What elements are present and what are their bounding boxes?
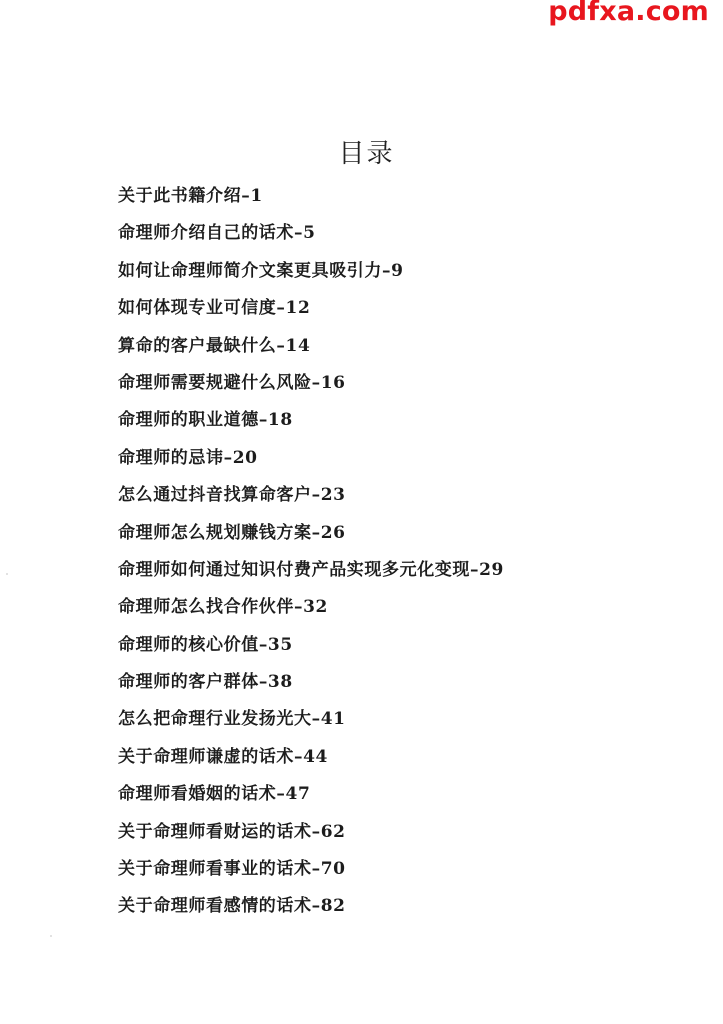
toc-entry-title: 关于命理师看感情的话术 [118,896,312,916]
toc-separator: – [259,410,268,430]
toc-entry-title: 命理师怎么找合作伙伴 [118,597,294,617]
toc-entry-title: 关于命理师看财运的话术 [118,822,312,842]
toc-entry[interactable]: 关于此书籍介绍–1 [118,178,504,215]
toc-entry[interactable]: 命理师怎么规划赚钱方案–26 [118,515,504,552]
toc-entry-page: 12 [286,298,311,318]
toc-entry[interactable]: 关于命理师看感情的话术–82 [118,888,504,925]
toc-entry-page: 1 [250,186,262,206]
toc-entry[interactable]: 命理师需要规避什么风险–16 [118,365,504,402]
toc-separator: – [312,822,321,842]
toc-entry[interactable]: 关于命理师谦虚的话术–44 [118,739,504,776]
toc-separator: – [259,672,268,692]
toc-separator: – [276,784,285,804]
toc-entry-page: 23 [321,485,346,505]
toc-entry-title: 命理师如何通过知识付费产品实现多元化变现 [118,560,470,580]
toc-entry-title: 关于命理师谦虚的话术 [118,747,294,767]
toc-entry[interactable]: 怎么把命理行业发扬光大–41 [118,701,504,738]
toc-entry[interactable]: 命理师怎么找合作伙伴–32 [118,589,504,626]
toc-separator: – [312,709,321,729]
scan-speck [6,573,8,575]
toc-entry-title: 命理师介绍自己的话术 [118,223,294,243]
toc-entry-page: 5 [303,223,315,243]
toc-separator: – [276,298,285,318]
toc-entry[interactable]: 如何让命理师简介文案更具吸引力–9 [118,253,504,290]
toc-entry-title: 如何让命理师简介文案更具吸引力 [118,261,382,281]
toc-separator: – [312,896,321,916]
toc-separator: – [294,597,303,617]
toc-entry-page: 35 [268,635,293,655]
toc-entry-title: 命理师需要规避什么风险 [118,373,312,393]
toc-entry[interactable]: 命理师看婚姻的话术–47 [118,776,504,813]
toc-entry-page: 41 [321,709,346,729]
toc-separator: – [241,186,250,206]
toc-entry[interactable]: 怎么通过抖音找算命客户–23 [118,477,504,514]
toc-entry-title: 关于命理师看事业的话术 [118,859,312,879]
toc-separator: – [312,485,321,505]
toc-separator: – [312,373,321,393]
toc-separator: – [294,223,303,243]
toc-entry[interactable]: 命理师的客户群体–38 [118,664,504,701]
toc-separator: – [224,448,233,468]
toc-entry-page: 32 [303,597,328,617]
toc-separator: – [294,747,303,767]
toc-entry[interactable]: 命理师如何通过知识付费产品实现多元化变现–29 [118,552,504,589]
toc-entry[interactable]: 算命的客户最缺什么–14 [118,328,504,365]
toc-entry-page: 44 [303,747,328,767]
toc-separator: – [276,336,285,356]
scan-speck [50,935,52,937]
toc-entry-page: 70 [321,859,346,879]
toc-separator: – [312,523,321,543]
toc-entry[interactable]: 关于命理师看事业的话术–70 [118,851,504,888]
page-title: 目录 [0,135,723,173]
toc-entry-title: 命理师怎么规划赚钱方案 [118,523,312,543]
toc-separator: – [382,261,391,281]
toc-entry-page: 82 [321,896,346,916]
toc-entry[interactable]: 如何体现专业可信度–12 [118,290,504,327]
watermark-logo: pdfxa.com [548,0,709,28]
toc-entry-page: 62 [321,822,346,842]
toc-entry-page: 9 [391,261,403,281]
toc-separator: – [312,859,321,879]
toc-entry[interactable]: 关于命理师看财运的话术–62 [118,814,504,851]
toc-entry-title: 算命的客户最缺什么 [118,336,276,356]
toc-separator: – [470,560,479,580]
toc-entry[interactable]: 命理师的职业道德–18 [118,402,504,439]
toc-entry-page: 18 [268,410,293,430]
toc-entry[interactable]: 命理师介绍自己的话术–5 [118,215,504,252]
toc-entry-title: 如何体现专业可信度 [118,298,276,318]
toc-entry-page: 26 [321,523,346,543]
toc-entry-title: 命理师的职业道德 [118,410,259,430]
toc-entry-page: 29 [479,560,504,580]
toc-entry-page: 16 [321,373,346,393]
toc-entry-page: 47 [286,784,311,804]
toc-entry[interactable]: 命理师的忌讳–20 [118,440,504,477]
toc-entry-title: 命理师的客户群体 [118,672,259,692]
toc-entry-title: 命理师看婚姻的话术 [118,784,276,804]
toc-entry-page: 14 [286,336,311,356]
toc-entry-title: 命理师的核心价值 [118,635,259,655]
toc-entry-title: 怎么把命理行业发扬光大 [118,709,312,729]
toc-entry-title: 关于此书籍介绍 [118,186,241,206]
toc-separator: – [259,635,268,655]
toc-entry-title: 怎么通过抖音找算命客户 [118,485,312,505]
toc-entry[interactable]: 命理师的核心价值–35 [118,627,504,664]
toc-entry-page: 20 [233,448,258,468]
toc-entry-title: 命理师的忌讳 [118,448,224,468]
table-of-contents: 关于此书籍介绍–1 命理师介绍自己的话术–5 如何让命理师简介文案更具吸引力–9… [118,178,504,926]
toc-entry-page: 38 [268,672,293,692]
